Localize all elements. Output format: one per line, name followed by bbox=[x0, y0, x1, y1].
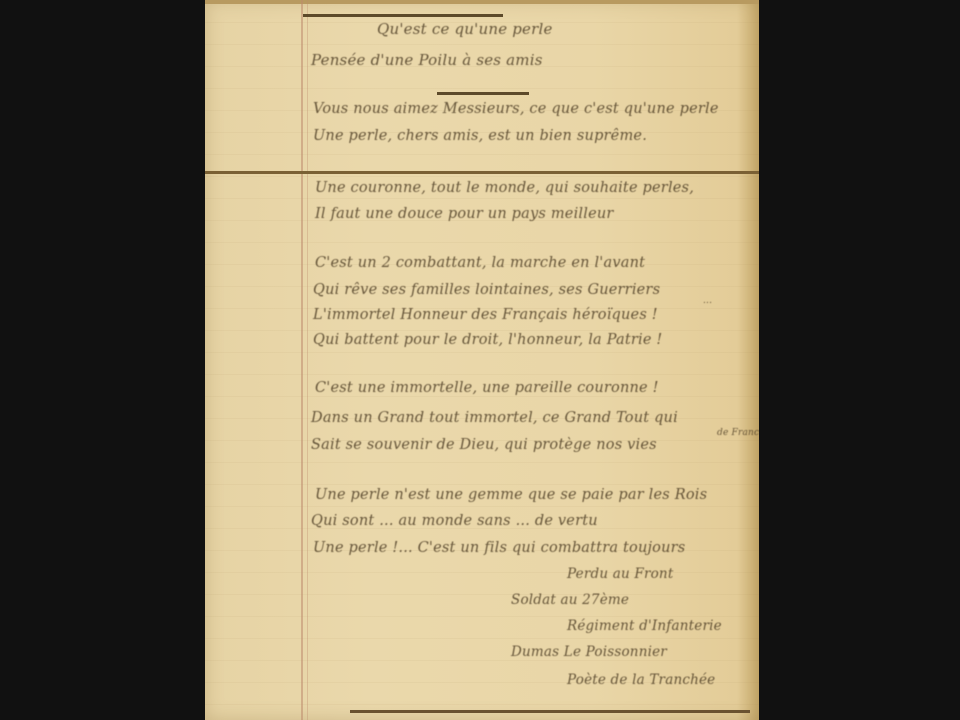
stanza-1-line-1: Une couronne, tout le monde, qui souhait… bbox=[315, 180, 694, 196]
bottom-rule bbox=[350, 710, 750, 713]
signature-line-5: Poète de la Tranchée bbox=[567, 672, 715, 688]
margin-line-secondary bbox=[307, 0, 308, 720]
signature-line-4: Dumas Le Poissonnier bbox=[511, 644, 667, 660]
margin-line bbox=[301, 0, 303, 720]
title-line-1: Qu'est ce qu'une perle bbox=[377, 20, 553, 38]
stanza-3-marginal-note: de France bbox=[717, 428, 759, 438]
stanza-2-line-3: L'immortel Honneur des Français héroïque… bbox=[313, 307, 658, 323]
stanza-4-line-3: Une perle !... C'est un fils qui combatt… bbox=[313, 540, 685, 556]
stanza-3-line-1: C'est une immortelle, une pareille couro… bbox=[315, 380, 659, 396]
stanza-3-line-2: Dans un Grand tout immortel, ce Grand To… bbox=[311, 410, 678, 426]
stanza-2-line-2: Qui rêve ses familles lointaines, ses Gu… bbox=[313, 282, 660, 298]
stanza-2-line-1: C'est un 2 combattant, la marche en l'av… bbox=[315, 255, 645, 271]
signature-line-1: Perdu au Front bbox=[567, 566, 673, 582]
stanza-3-line-3: Sait se souvenir de Dieu, qui protège no… bbox=[311, 437, 657, 453]
signature-line-3: Régiment d'Infanterie bbox=[567, 618, 722, 634]
stanza-4-line-1: Une perle n'est une gemme que se paie pa… bbox=[315, 487, 707, 503]
stanza-2-line-4: Qui battent pour le droit, l'honneur, la… bbox=[313, 332, 662, 348]
stanza-2-marginal-note: ... bbox=[703, 296, 712, 306]
stanza-1-line-2: Il faut une douce pour un pays meilleur bbox=[315, 206, 614, 222]
signature-line-2: Soldat au 27ème bbox=[511, 592, 629, 608]
section-divider bbox=[205, 171, 759, 174]
title-line-2: Pensée d'une Poilu à ses amis bbox=[311, 51, 543, 69]
manuscript-page: Qu'est ce qu'une perle Pensée d'une Poil… bbox=[205, 0, 759, 720]
header-line-2: Une perle, chers amis, est un bien suprê… bbox=[313, 128, 647, 144]
stanza-4-line-2: Qui sont ... au monde sans ... de vertu bbox=[311, 513, 598, 529]
title-rule-top bbox=[303, 14, 503, 17]
page-top-edge bbox=[205, 0, 759, 4]
title-rule-bottom bbox=[437, 92, 529, 95]
header-line-1: Vous nous aimez Messieurs, ce que c'est … bbox=[313, 101, 719, 117]
